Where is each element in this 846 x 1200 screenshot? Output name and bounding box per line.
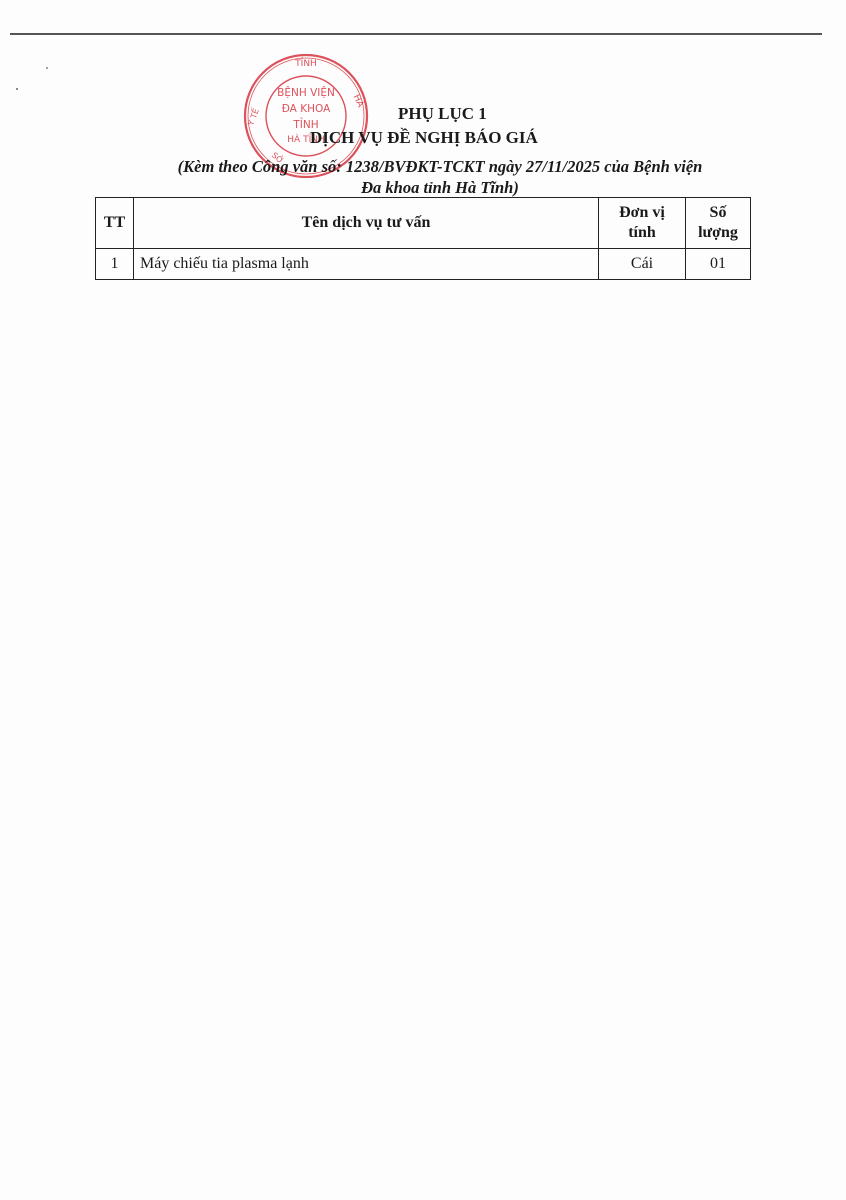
svg-text:Y TẾ: Y TẾ (244, 106, 261, 128)
scan-speck (46, 67, 48, 69)
cell-tt: 1 (96, 249, 134, 280)
header-qty-line1: Số (710, 204, 727, 221)
appendix-title-text: PHỤ LỤC 1 (398, 104, 487, 124)
svg-text:ĐA KHOA: ĐA KHOA (282, 103, 331, 115)
table-row: 1 Máy chiếu tia plasma lạnh Cái 01 (96, 249, 751, 280)
reference-line-1: (Kèm theo Công văn số: 1238/BVĐKT-TCKT n… (130, 156, 750, 177)
header-unit-line2: tính (628, 224, 656, 241)
cell-service-name: Máy chiếu tia plasma lạnh (134, 249, 599, 280)
header-rule (10, 33, 822, 35)
header-qty-line2: lượng (698, 224, 738, 241)
header-tt: TT (96, 198, 134, 249)
header-unit: Đơn vị tính (599, 198, 686, 249)
header-service-name: Tên dịch vụ tư vấn (134, 198, 599, 249)
cell-unit: Cái (599, 249, 686, 280)
header-unit-line1: Đơn vị (619, 204, 665, 221)
scan-speck (16, 88, 18, 90)
svg-text:TỈNH: TỈNH (294, 57, 317, 69)
service-table: TT Tên dịch vụ tư vấn Đơn vị tính Số lượ… (95, 197, 751, 280)
cell-quantity: 01 (686, 249, 751, 280)
reference-line-2: Đa khoa tỉnh Hà Tĩnh) (130, 177, 750, 198)
table-header-row: TT Tên dịch vụ tư vấn Đơn vị tính Số lượ… (96, 198, 751, 249)
appendix-subtitle-text: DỊCH VỤ ĐỀ NGHỊ BÁO GIÁ (310, 128, 538, 148)
svg-text:BỆNH VIỆN: BỆNH VIỆN (277, 86, 335, 99)
header-quantity: Số lượng (686, 198, 751, 249)
